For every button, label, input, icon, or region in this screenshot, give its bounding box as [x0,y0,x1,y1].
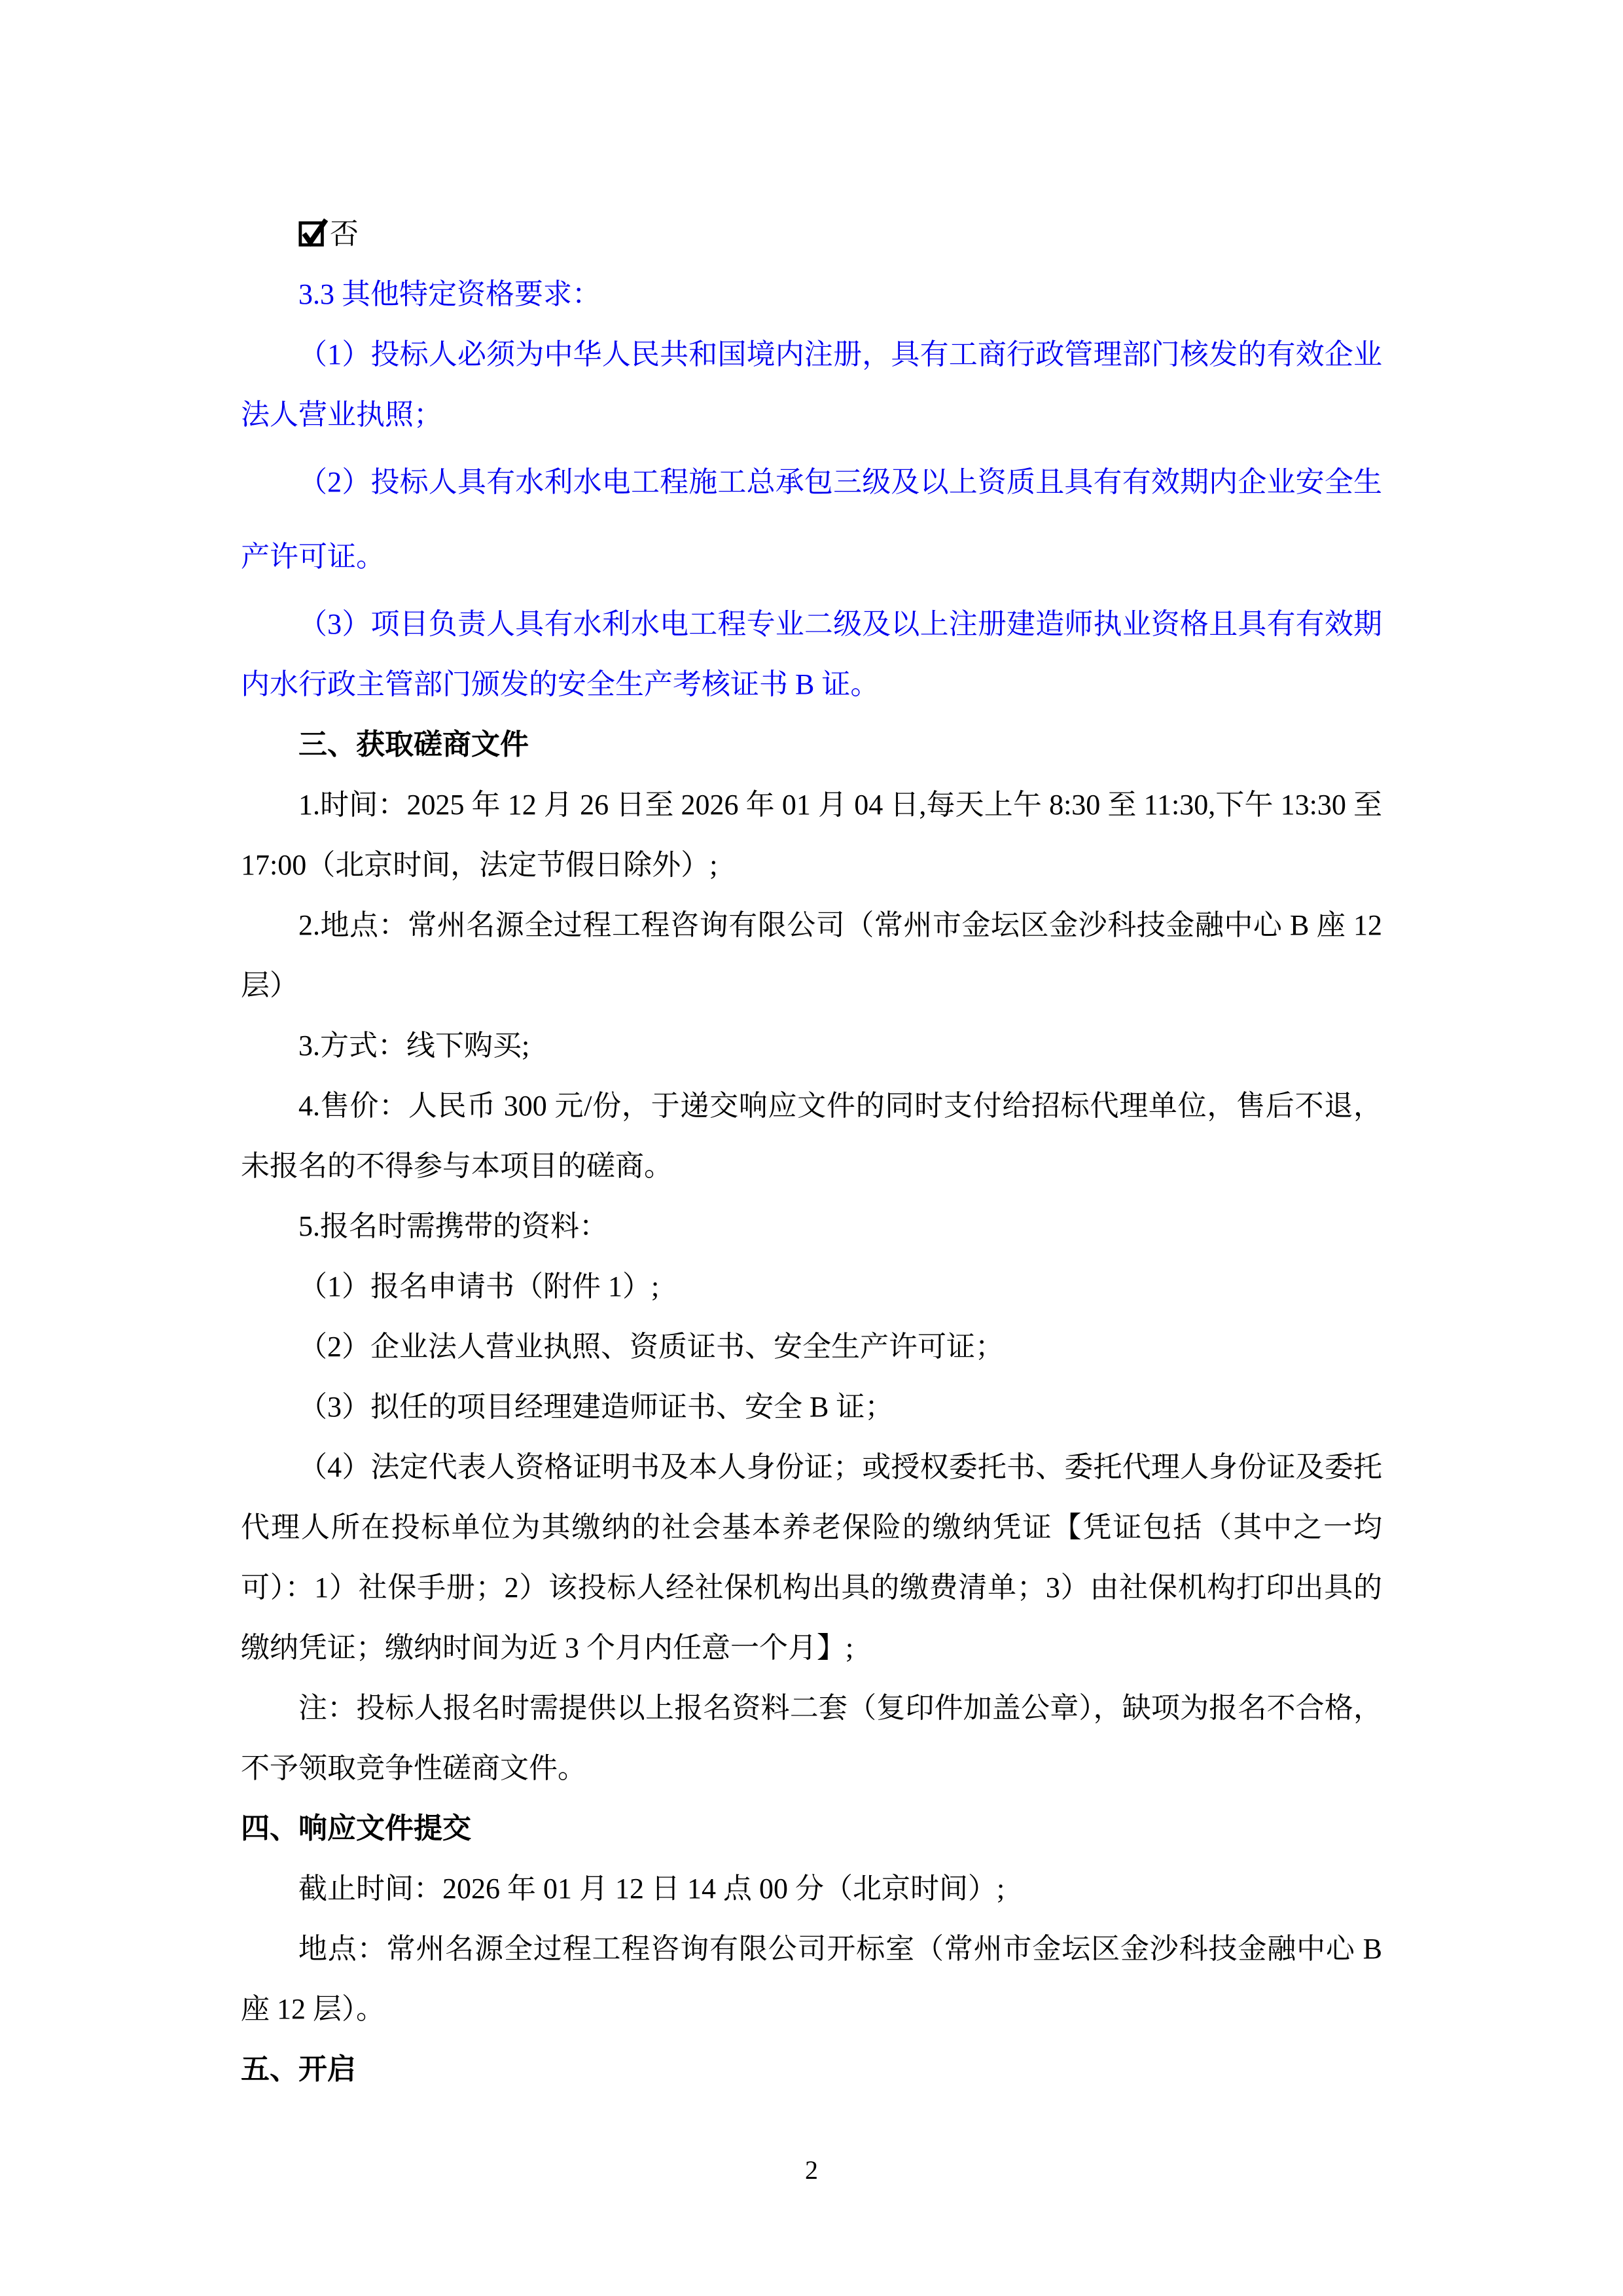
qualification-item-1: （1）投标人必须为中华人民共和国境内注册，具有工商行政管理部门核发的有效企业法人… [241,325,1382,445]
section-3-3-heading: 3.3 其他特定资格要求： [241,264,1382,325]
material-3: （3）拟任的项目经理建造师证书、安全 B 证； [241,1377,1382,1437]
deadline-line: 截止时间：2026 年 01 月 12 日 14 点 00 分（北京时间）; [241,1859,1382,1919]
material-2: （2）企业法人营业执照、资质证书、安全生产许可证； [241,1317,1382,1377]
document-page: 否 3.3 其他特定资格要求： （1）投标人必须为中华人民共和国境内注册，具有工… [0,0,1623,2296]
checkbox-line: 否 [241,204,1382,264]
section-3-heading: 三、获取磋商文件 [241,715,1382,775]
section-5-heading: 五、开启 [241,2039,1382,2100]
method-item: 3.方式：线下购买; [241,1016,1382,1076]
qualification-item-3: （3）项目负责人具有水利水电工程专业二级及以上注册建造师执业资格且具有有效期内水… [241,594,1382,715]
checked-checkbox-icon [298,217,329,247]
material-1: （1）报名申请书（附件 1）; [241,1257,1382,1317]
material-4: （4）法定代表人资格证明书及本人身份证；或授权委托书、委托代理人身份证及委托代理… [241,1437,1382,1678]
time-item: 1.时间：2025 年 12 月 26 日至 2026 年 01 月 04 日,… [241,775,1382,895]
section-4-heading: 四、响应文件提交 [241,1799,1382,1859]
page-number: 2 [0,2155,1623,2186]
location-item: 2.地点：常州名源全过程工程咨询有限公司（常州市金坛区金沙科技金融中心 B 座 … [241,895,1382,1016]
checkbox-label: 否 [330,218,359,250]
note-paragraph: 注：投标人报名时需提供以上报名资料二套（复印件加盖公章），缺项为报名不合格，不予… [241,1678,1382,1799]
body-text: 否 3.3 其他特定资格要求： （1）投标人必须为中华人民共和国境内注册，具有工… [241,204,1382,2100]
submission-location-line: 地点：常州名源全过程工程咨询有限公司开标室（常州市金坛区金沙科技金融中心 B 座… [241,1919,1382,2039]
price-item: 4.售价：人民币 300 元/份，于递交响应文件的同时支付给招标代理单位，售后不… [241,1076,1382,1196]
qualification-item-2: （2）投标人具有水利水电工程施工总承包三级及以上资质且具有有效期内企业安全生产许… [241,445,1382,594]
materials-item: 5.报名时需携带的资料： [241,1196,1382,1257]
